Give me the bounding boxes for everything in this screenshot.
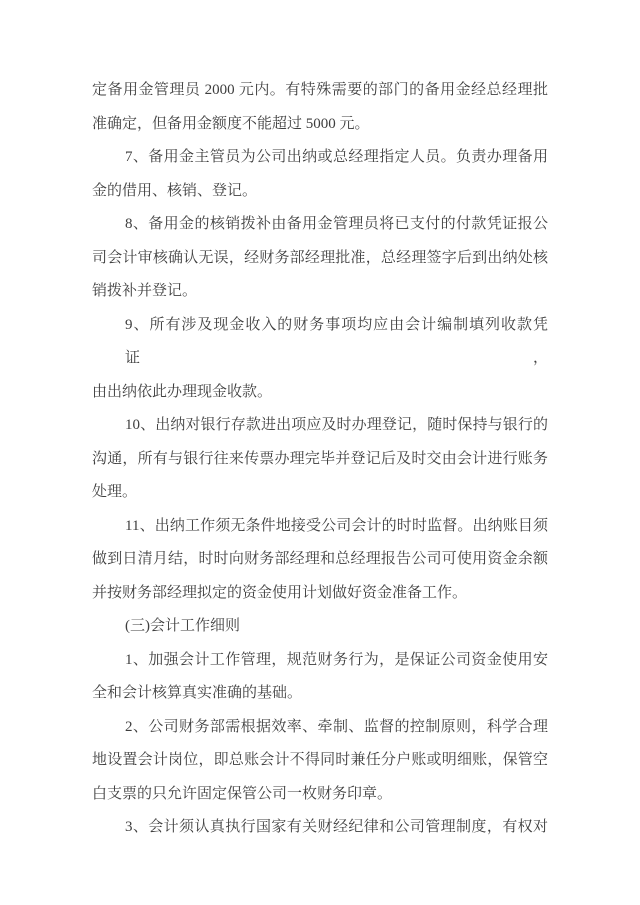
text-line: 9、所有涉及现金收入的财务事项均应由会计编制填列收款凭证， xyxy=(92,309,548,376)
text-line: (三)会计工作细则 xyxy=(92,610,548,644)
text-line: 2、公司财务部需根据效率、牵制、监督的控制原则，科学合理 xyxy=(92,711,548,745)
text-line: 沟通，所有与银行往来传票办理完毕并登记后及时交由会计进行账务 xyxy=(92,443,548,477)
text-line: 定备用金管理员 2000 元内。有特殊需要的部门的备用金经总经理批 xyxy=(92,74,548,108)
text-line: 1、加强会计工作管理，规范财务行为，是保证公司资金使用安 xyxy=(92,644,548,678)
text-line: 7、备用金主管员为公司出纳或总经理指定人员。负责办理备用 xyxy=(92,141,548,175)
document-content: 定备用金管理员 2000 元内。有特殊需要的部门的备用金经总经理批准确定，但备用… xyxy=(92,74,548,845)
text-line: 由出纳依此办理现金收款。 xyxy=(92,376,548,410)
text-line: 10、出纳对银行存款进出项应及时办理登记，随时保持与银行的 xyxy=(92,409,548,443)
text-line: 11、出纳工作须无条件地接受公司会计的时时监督。出纳账目须 xyxy=(92,510,548,544)
text-line: 处理。 xyxy=(92,476,548,510)
text-line: 白支票的只允许固定保管公司一枚财务印章。 xyxy=(92,778,548,812)
text-line: 地设置会计岗位，即总账会计不得同时兼任分户账或明细账，保管空 xyxy=(92,744,548,778)
text-line: 全和会计核算真实准确的基础。 xyxy=(92,677,548,711)
document-page: 定备用金管理员 2000 元内。有特殊需要的部门的备用金经总经理批准确定，但备用… xyxy=(0,0,640,905)
text-line: 销拨补并登记。 xyxy=(92,275,548,309)
text-line: 3、会计须认真执行国家有关财经纪律和公司管理制度，有权对 xyxy=(92,811,548,845)
text-line: 准确定，但备用金额度不能超过 5000 元。 xyxy=(92,108,548,142)
text-line: 金的借用、核销、登记。 xyxy=(92,175,548,209)
text-line: 并按财务部经理拟定的资金使用计划做好资金准备工作。 xyxy=(92,577,548,611)
text-line: 司会计审核确认无误，经财务部经理批准，总经理签字后到出纳处核 xyxy=(92,242,548,276)
text-line: 8、备用金的核销拨补由备用金管理员将已支付的付款凭证报公 xyxy=(92,208,548,242)
text-line: 做到日清月结，时时向财务部经理和总经理报告公司可使用资金余额 xyxy=(92,543,548,577)
